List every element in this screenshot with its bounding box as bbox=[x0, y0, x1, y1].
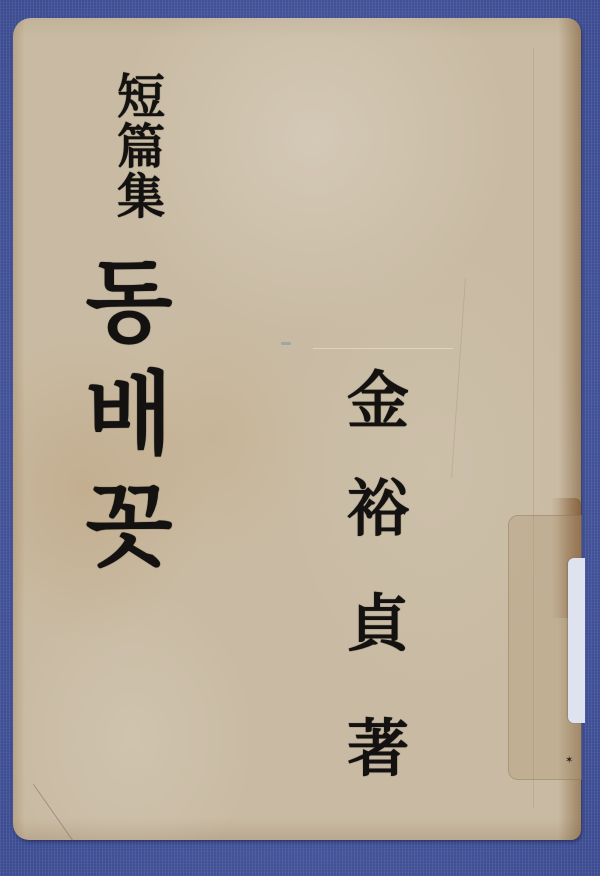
title-char: 꼿 bbox=[86, 482, 173, 594]
title-char: 배 bbox=[86, 370, 173, 482]
paper-crease bbox=[451, 278, 466, 478]
paper-crease bbox=[313, 348, 453, 349]
genre-char: 短 bbox=[117, 73, 165, 123]
genre-char: 集 bbox=[117, 173, 165, 223]
book-title-vertical: 동 배 꼿 bbox=[75, 258, 183, 594]
author-char: 金 bbox=[347, 370, 409, 440]
author-char: 貞 bbox=[347, 593, 409, 663]
author-suffix: 著 bbox=[347, 718, 409, 788]
genre-char: 篇 bbox=[117, 123, 165, 173]
library-sticker-tab bbox=[568, 558, 585, 723]
genre-label-vertical: 短 篇 集 bbox=[106, 73, 176, 223]
title-char: 동 bbox=[86, 258, 173, 370]
ink-mark: ✶ bbox=[565, 755, 573, 766]
paper-crease bbox=[33, 784, 74, 842]
author-name-vertical: 金 裕 貞 著 bbox=[333, 370, 423, 788]
paper-speck bbox=[281, 342, 291, 345]
author-char: 裕 bbox=[347, 478, 409, 548]
book-cover: 短 篇 集 동 배 꼿 金 裕 貞 著 ✶ bbox=[13, 18, 581, 840]
